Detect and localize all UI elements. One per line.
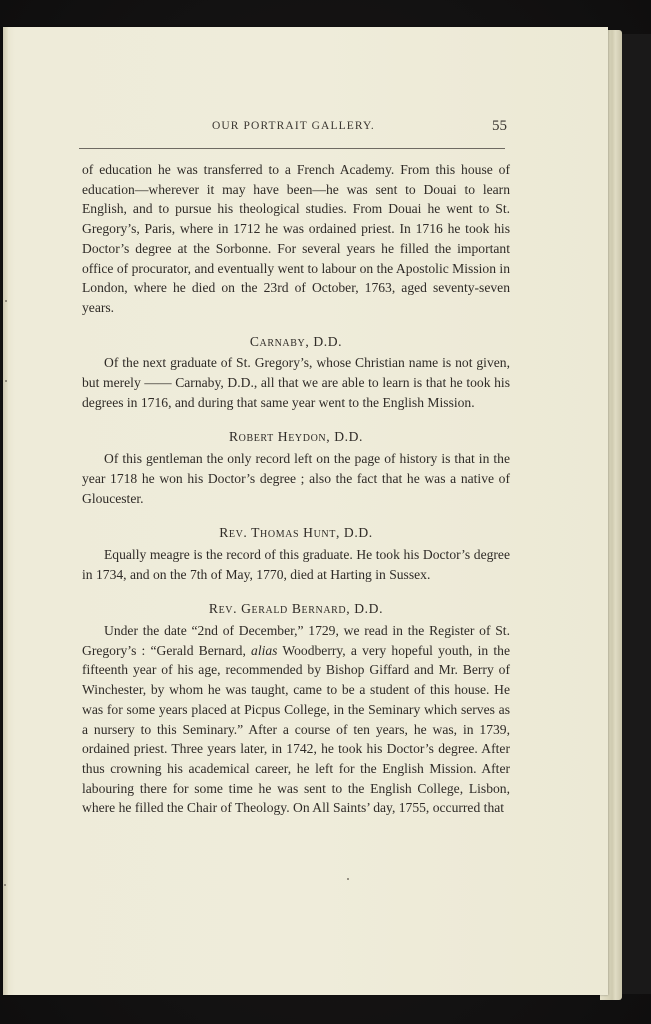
- page-gutter: [3, 27, 8, 995]
- continued-paragraph: of education he was transferred to a Fre…: [82, 160, 510, 318]
- paragraph-text-after-italic: Woodberry, a very hopeful youth, in the …: [82, 643, 510, 816]
- section-paragraph-bernard: Under the date “2nd of December,” 1729, …: [82, 621, 510, 818]
- section-heading-bernard: Rev. Gerald Bernard, D.D.: [82, 599, 510, 619]
- section-heading-carnaby: Carnaby, D.D.: [82, 332, 510, 352]
- italic-alias: alias: [251, 643, 277, 658]
- page-body: of education he was transferred to a Fre…: [82, 160, 510, 818]
- page-number: 55: [492, 118, 507, 135]
- section-heading-hunt: Rev. Thomas Hunt, D.D.: [82, 523, 510, 543]
- header-rule: [79, 148, 505, 149]
- section-paragraph-hunt: Equally meagre is the record of this gra…: [82, 545, 510, 584]
- running-title: OUR PORTRAIT GALLERY.: [212, 120, 375, 132]
- running-head: OUR PORTRAIT GALLERY. 55: [0, 118, 651, 136]
- section-heading-heydon: Robert Heydon, D.D.: [82, 427, 510, 447]
- section-paragraph-carnaby: Of the next graduate of St. Gregory’s, w…: [82, 353, 510, 412]
- section-paragraph-heydon: Of this gentleman the only record left o…: [82, 449, 510, 508]
